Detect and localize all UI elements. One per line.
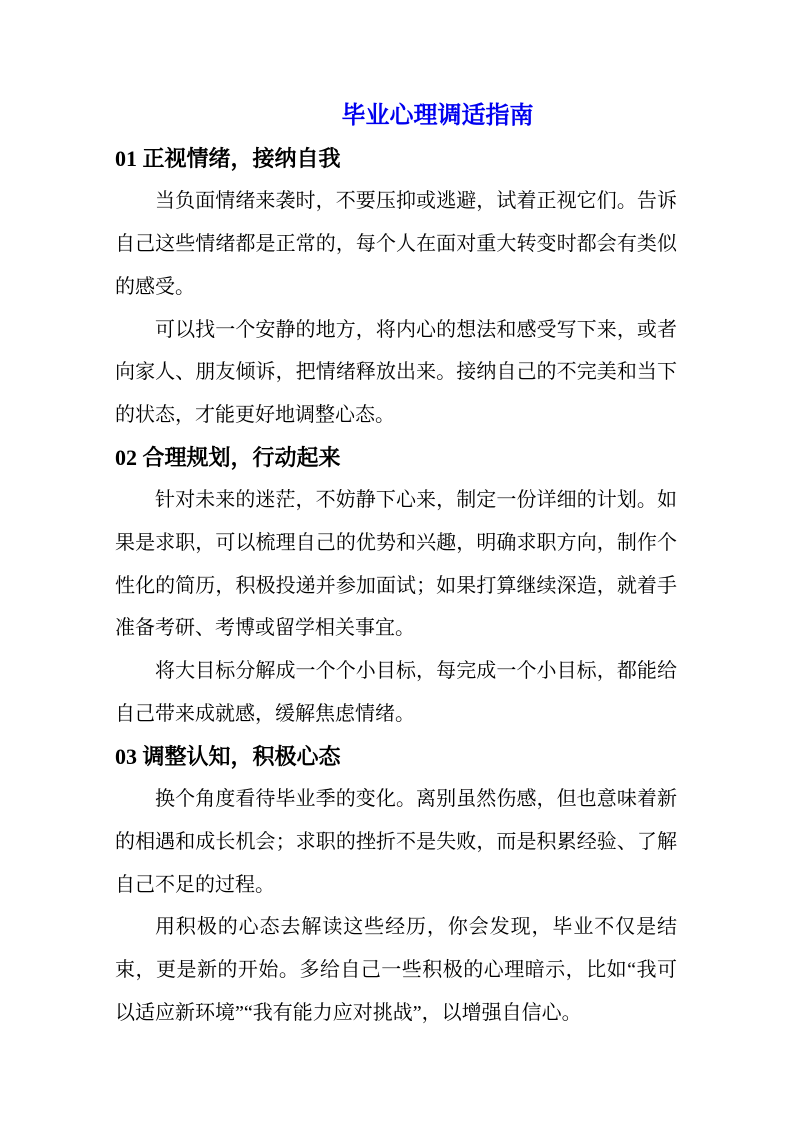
section-3-heading: 03 调整认知，积极心态 — [115, 736, 677, 779]
section-2-paragraph-2: 将大目标分解成一个个小目标，每完成一个小目标，都能给自己带来成就感，缓解焦虑情绪… — [115, 650, 677, 735]
section-2-paragraph-1: 针对未来的迷茫，不妨静下心来，制定一份详细的计划。如果是求职，可以梳理自己的优势… — [115, 479, 677, 650]
section-2: 02 合理规划，行动起来 针对未来的迷茫，不妨静下心来，制定一份详细的计划。如果… — [115, 437, 677, 736]
document-title: 毕业心理调适指南 — [115, 95, 677, 138]
section-1-paragraph-1: 当负面情绪来袭时，不要压抑或逃避，试着正视它们。告诉自己这些情绪都是正常的，每个… — [115, 180, 677, 308]
section-1-heading: 01 正视情绪，接纳自我 — [115, 138, 677, 181]
section-3: 03 调整认知，积极心态 换个角度看待毕业季的变化。离别虽然伤感，但也意味着新的… — [115, 736, 677, 1035]
section-3-paragraph-2: 用积极的心态去解读这些经历，你会发现，毕业不仅是结束，更是新的开始。多给自己一些… — [115, 906, 677, 1034]
section-1-paragraph-2: 可以找一个安静的地方，将内心的想法和感受写下来，或者向家人、朋友倾诉，把情绪释放… — [115, 309, 677, 437]
section-3-paragraph-1: 换个角度看待毕业季的变化。离别虽然伤感，但也意味着新的相遇和成长机会；求职的挫折… — [115, 778, 677, 906]
section-1: 01 正视情绪，接纳自我 当负面情绪来袭时，不要压抑或逃避，试着正视它们。告诉自… — [115, 138, 677, 437]
section-2-heading: 02 合理规划，行动起来 — [115, 437, 677, 480]
document-page: 毕业心理调适指南 01 正视情绪，接纳自我 当负面情绪来袭时，不要压抑或逃避，试… — [0, 0, 793, 1122]
